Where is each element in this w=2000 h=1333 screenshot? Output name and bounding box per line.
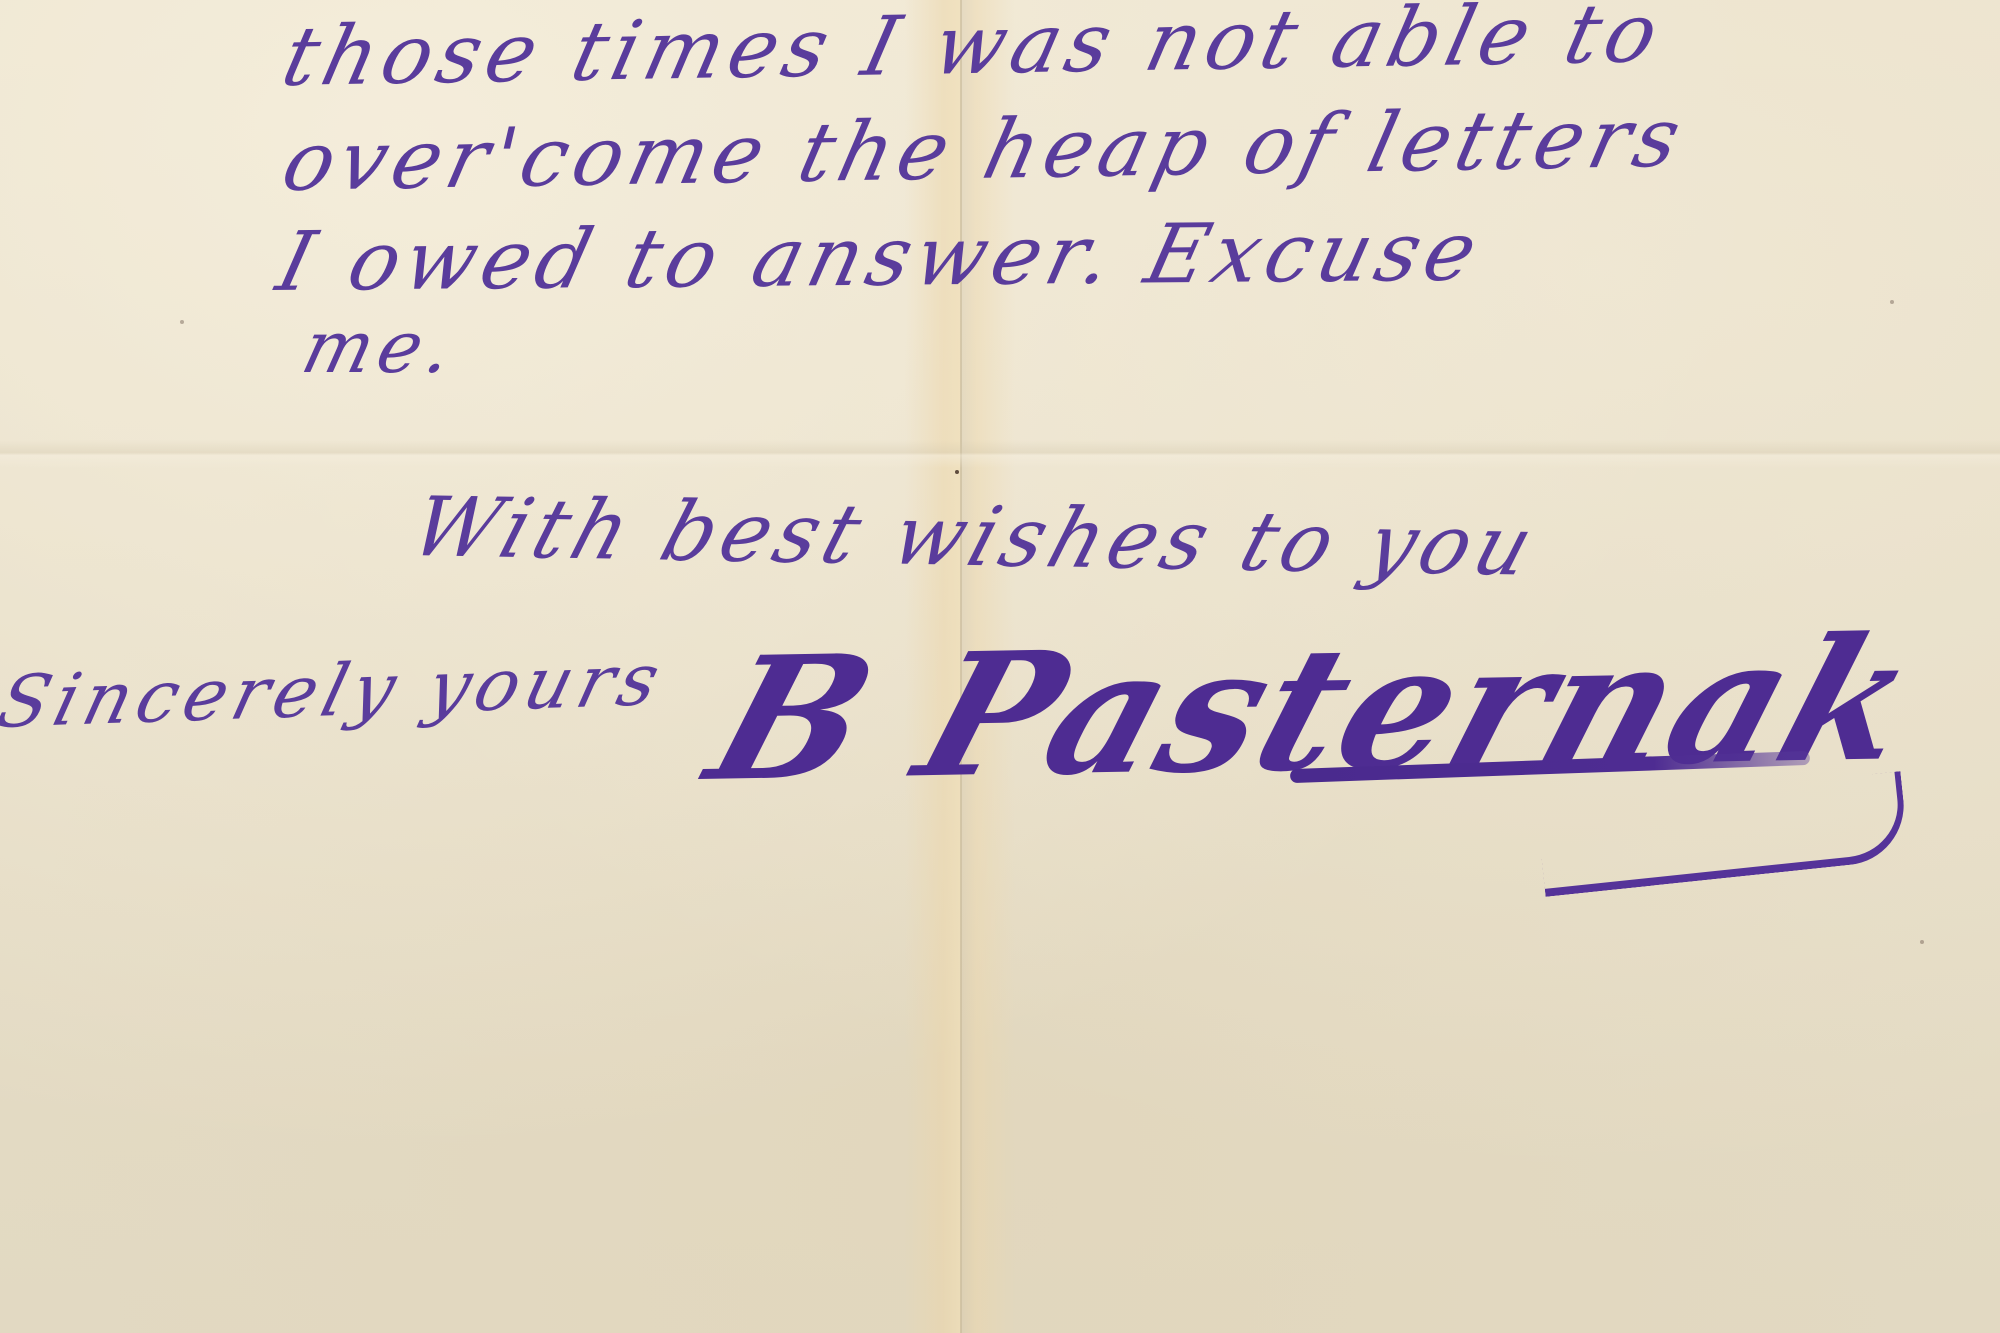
paper-speck — [955, 470, 959, 474]
letter-body-line: I owed to answer. Excuse — [269, 205, 1492, 310]
paper-speck — [180, 320, 184, 324]
horizontal-fold — [0, 440, 2000, 468]
letter-closing: With best wishes to you — [401, 480, 1550, 595]
paper-speck — [1920, 940, 1924, 944]
paper-speck — [1890, 300, 1894, 304]
letter-body-line: me. — [295, 305, 468, 389]
